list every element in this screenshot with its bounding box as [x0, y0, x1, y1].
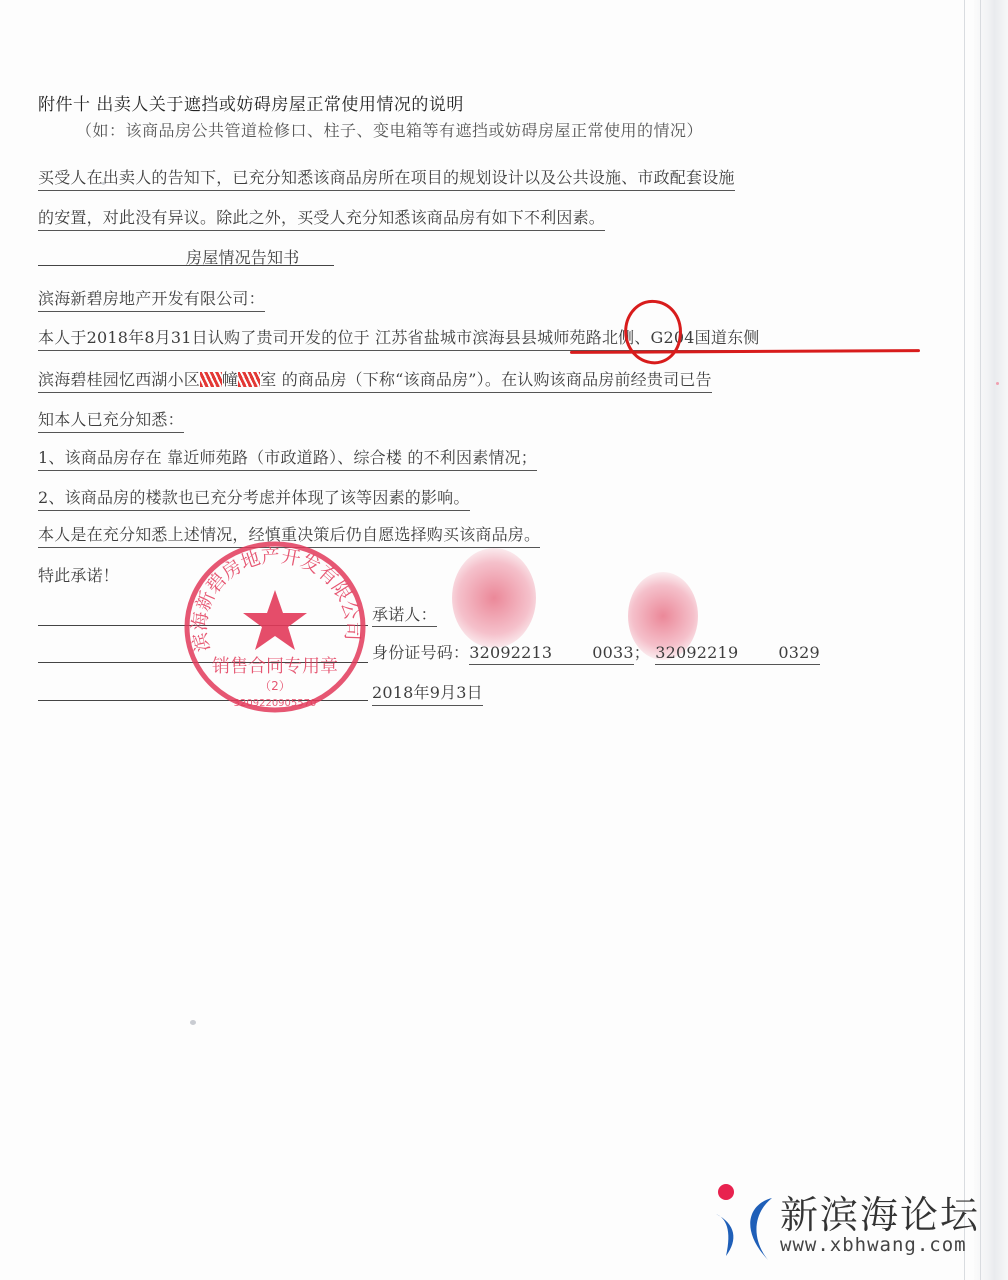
- red-underline-annotation: [570, 349, 920, 354]
- redacted-room-number: [238, 372, 260, 387]
- building-label: 幢: [222, 370, 238, 389]
- seal-purpose-text: 销售合同专用章: [212, 656, 338, 677]
- addressee: 滨海新碧房地产开发有限公司：: [38, 286, 265, 312]
- item-1: 1、该商品房存在 靠近师苑路（市政道路）、综合楼 的不利因素情况；: [38, 445, 537, 471]
- promisor-row: 承诺人：: [372, 602, 707, 625]
- promisor-label: 承诺人：: [372, 605, 437, 627]
- scan-speck: [190, 1020, 196, 1025]
- id1-end: 0033: [592, 643, 634, 662]
- red-circle-annotation: [620, 296, 686, 367]
- signature-date: 2018年9月3日: [372, 680, 483, 706]
- scan-speck: [996, 382, 999, 385]
- id-label: 身份证号码：: [372, 643, 469, 662]
- company-seal-stamp: 滨海新碧房地产开发有限公司 销售合同专用章 （2） 3209220905570: [180, 540, 370, 714]
- id2-end: 0329: [778, 643, 820, 662]
- item1-detail: 靠近师苑路（市政道路）、综合楼: [167, 448, 402, 467]
- paragraph1-line1: 买受人在出卖人的告知下，已充分知悉该商品房所在项目的规划设计以及公共设施、市政配…: [38, 165, 735, 191]
- attachment-subheading: （如：该商品房公共管道检修口、柱子、变电箱等有遮挡或妨碍房屋正常使用的情况）: [76, 118, 703, 141]
- id-separator: ；: [634, 643, 650, 662]
- seal-number-text: （2）: [259, 679, 291, 693]
- scan-edge-line: [980, 0, 981, 1280]
- scan-speck: [102, 182, 105, 185]
- statement-line3: 知本人已充分知悉：: [38, 407, 184, 433]
- item1-suffix: 的不利因素情况；: [407, 448, 537, 467]
- id1-start: 32092213: [469, 643, 552, 662]
- item-2: 2、该商品房的楼款也已充分考虑并体现了该等因素的影响。: [38, 485, 470, 511]
- watermark-title: 新滨海论坛: [780, 1184, 980, 1239]
- closing: 特此承诺！: [38, 563, 119, 586]
- watermark-url: www.xbhwang.com: [780, 1234, 967, 1256]
- item1-prefix: 1、该商品房存在: [38, 448, 162, 467]
- statement-line2: 滨海碧桂园忆西湖小区幢室 的商品房（下称“该商品房”）。在认购该商品房前经贵司已…: [38, 367, 712, 393]
- seal-code-text: 3209220905570: [234, 698, 317, 709]
- attachment-heading: 附件十 出卖人关于遮挡或妨碍房屋正常使用情况的说明: [38, 90, 464, 115]
- statement-rest: 的商品房（下称“该商品房”）。在认购该商品房前经贵司已告: [282, 370, 712, 389]
- id-row: 身份证号码：320922130033； 320922190329: [372, 640, 820, 663]
- id-number-2: 320922190329: [655, 643, 820, 665]
- redacted-building-number: [200, 372, 222, 387]
- notice-title: 房屋情况告知书: [186, 245, 299, 268]
- id2-start: 32092219: [655, 643, 738, 662]
- paragraph1-line2: 的安置，对此没有异议。除此之外，买受人充分知悉该商品房有如下不利因素。: [38, 205, 605, 231]
- scan-edge-line: [964, 0, 965, 1280]
- room-label: 室: [260, 370, 276, 389]
- fingerprint: [452, 548, 536, 648]
- project-name: 滨海碧桂园忆西湖小区: [38, 370, 200, 389]
- redacted-signature: [437, 605, 707, 623]
- id-number-1: 320922130033: [469, 643, 634, 665]
- statement-prefix: 本人于2018年8月31日认购了贵司开发的位于: [38, 328, 370, 347]
- statement-location: 江苏省盐城市滨海县县城师苑路北侧、G204国道东侧: [375, 328, 759, 347]
- watermark-logo: 新滨海论坛 www.xbhwang.com: [712, 1180, 1002, 1260]
- logo-swoosh-icon: [712, 1196, 776, 1260]
